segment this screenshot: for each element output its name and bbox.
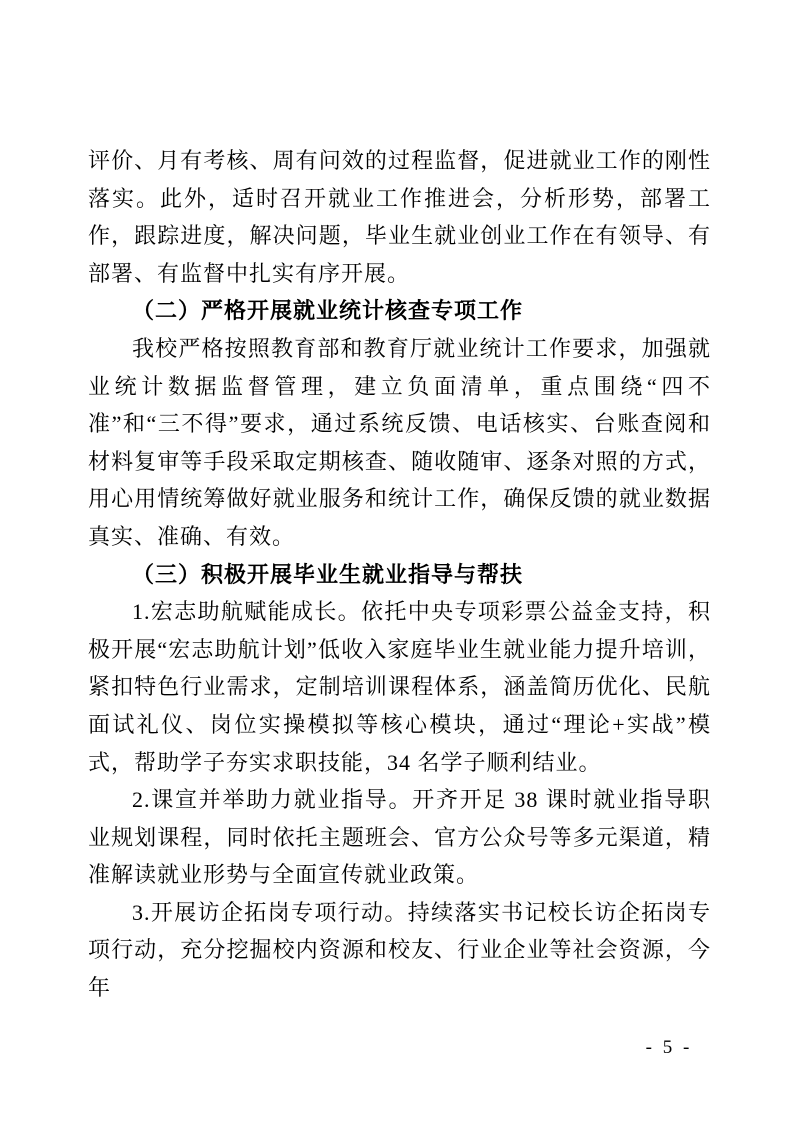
section-heading-2: （二）严格开展就业统计核查专项工作 xyxy=(88,292,711,330)
paragraph-item-1-hongzhi-training: 1.宏志助航赋能成长。依托中央专项彩票公益金支持，积极开展“宏志助航计划”低收入… xyxy=(88,593,711,781)
section-heading-3: （三）积极开展毕业生就业指导与帮扶 xyxy=(88,556,711,594)
paragraph-continued-from-previous-page: 评价、月有考核、周有问效的过程监督，促进就业工作的刚性落实。此外，适时召开就业工… xyxy=(88,142,711,292)
document-page: 评价、月有考核、周有问效的过程监督，促进就业工作的刚性落实。此外，适时召开就业工… xyxy=(0,0,794,1123)
paragraph-item-3-company-visits: 3.开展访企拓岗专项行动。持续落实书记校长访企拓岗专项行动，充分挖掘校内资源和校… xyxy=(88,894,711,1007)
paragraph-item-2-course-guidance: 2.课宣并举助力就业指导。开齐开足 38 课时就业指导职业规划课程，同时依托主题… xyxy=(88,781,711,894)
document-body: 评价、月有考核、周有问效的过程监督，促进就业工作的刚性落实。此外，适时召开就业工… xyxy=(88,142,711,1007)
paragraph-statistics-verification: 我校严格按照教育部和教育厅就业统计工作要求，加强就业统计数据监督管理，建立负面清… xyxy=(88,330,711,556)
page-number: - 5 - xyxy=(627,1037,711,1059)
